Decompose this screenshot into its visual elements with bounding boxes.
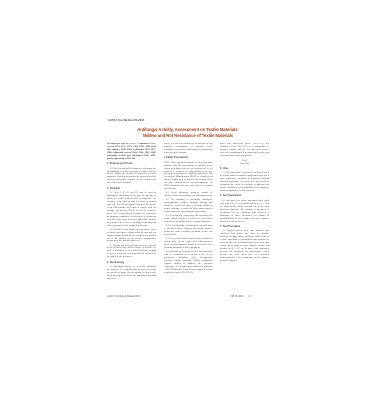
paragraph: 5.1 This procedure is generally conducte… [220,172,269,193]
safety-note: NOTE: These safety precautions are for i… [164,162,213,192]
method-number-header: AATCC Test Method 30-2004 [108,119,144,122]
body-columns: Developed in 1946 by AATCC Committee RA3… [107,143,270,294]
paragraph: 2.3 Treated and untreated specimens are … [107,245,156,260]
text-column-3: must wear impervious gloves (13.1/13.2),… [220,143,269,294]
paragraph: 4.2 The handling of potentially pathogen… [164,199,213,214]
page-title: Antifungal Activity, Assessment on Texti… [107,127,269,139]
footer-page-number: 21 [248,295,251,298]
text-column-1: Developed in 1946 by AATCC Committee RA3… [107,143,156,294]
paragraph: 7.1 Prepare mineral salts agar, dispense… [220,230,269,262]
paragraph: 4.6 Exposure to chemicals used in this p… [164,251,213,275]
paragraph: 2.2 Growth of a test fungus on a specime… [107,229,156,244]
footer-method-id: TM 30-2004 [230,295,243,298]
paragraph: 4.4 All biologically contaminated materi… [164,225,213,237]
text-column-2: tilized. For this test method the defini… [164,143,213,294]
paragraph: 4.3 In preparing, dispensing and sterili… [164,215,213,224]
footer-manual-edition: AATCC Technical Manual/2010 [107,295,141,298]
paragraph: 3.1 antifungal activity, n.—of textile m… [107,266,156,281]
section-heading-1: 1. Purpose and Scope [107,163,156,166]
title-line-2: Mildew and Rot Resistance of Textile Mat… [107,133,269,139]
section-heading-4: 4. Safety Precautions [164,157,213,160]
test-part-sublabel: Agar Plate [220,163,269,166]
paragraph: 4.5 An eyewash and/or safety shower shou… [164,238,213,250]
paragraph-continuation: tilized. For this test method the defini… [164,143,213,155]
document-page: AATCC Test Method 30-2004 Antifungal Act… [0,0,368,420]
paragraph: 1.1 This test method is designed to dete… [107,168,156,186]
paragraph-continuation: must wear impervious gloves (13.1/13.2),… [220,143,269,158]
section-heading-6: 6. Test Specimens [220,195,269,198]
paragraph: 6.1 Specimen size varies; specimens used… [220,200,269,224]
paragraph: 2.1 Tests I, II, III and IV may be used … [107,192,156,227]
page-footer: AATCC Technical Manual/2010 TM 30-2004 2… [107,295,269,298]
development-history: Developed in 1946 by AATCC Committee RA3… [107,143,156,161]
